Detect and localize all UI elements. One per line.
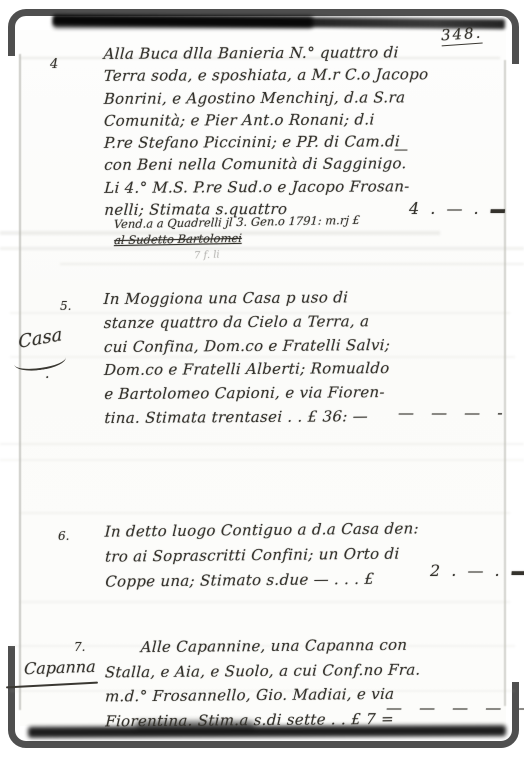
margin-dash-mark: — <box>394 142 408 158</box>
handwritten-line: Alle Capannine, una Capanna con <box>140 633 421 660</box>
entry-7: Alle Capannine, una Capanna con Stalla, … <box>105 633 422 734</box>
entry-4-number: 4 <box>50 57 58 72</box>
value-text: 4 . — . <box>409 199 482 218</box>
handwritten-line: stanze quattro da Cielo a Terra, a <box>103 310 390 336</box>
handwritten-line: Comunità; e Pier Ant.o Ronani; d.i <box>103 108 429 132</box>
value-text: 2 . — . <box>430 561 503 580</box>
entry-4: Alla Buca dlla Banieria N.° quattro di T… <box>104 41 430 221</box>
page-top-edge-shadow-dark <box>53 16 313 28</box>
entry-7-number: 7. <box>74 640 85 654</box>
handwritten-line: Coppe una; Stimato s.due — . . . £ <box>105 566 420 594</box>
handwritten-line: Terra soda, e sposhiata, a M.r C.o Jacop… <box>103 63 429 87</box>
scan-streak <box>20 601 510 603</box>
page-left-edge-line <box>19 54 21 710</box>
handwritten-line: In Moggiona una Casa p uso di <box>103 286 390 312</box>
handwritten-line: con Beni nella Comunità di Sagginigo. <box>104 153 430 177</box>
scan-streak <box>20 512 510 514</box>
entry-7-value-dashes: — — — — — <box>386 698 524 717</box>
entry-6: In detto luogo Contiguo a d.a Casa den: … <box>105 516 420 594</box>
scan-streak <box>60 263 524 265</box>
handwritten-line: Bonrini, e Agostino Menchinj, d.a S.ra <box>103 86 429 110</box>
page-number: 348. <box>440 24 483 47</box>
entry-4-sale-note: Vend.a a Quadrelli jl 3. Gen.o 1791: m.r… <box>114 212 361 248</box>
entry-5-number: 5. <box>60 299 71 313</box>
margin-note-capanna: Capanna <box>24 658 96 677</box>
entry-5-value-dashes: — — — - <box>398 403 509 422</box>
handwritten-line: cui Confina, Dom.co e Fratelli Salvi; <box>103 334 390 360</box>
scan-streak <box>0 459 524 461</box>
handwritten-line: P.re Stefano Piccinini; e PP. di Cam.di <box>104 130 430 154</box>
handwritten-line: Dom.co e Fratelli Alberti; Romualdo <box>104 357 391 383</box>
scan-overlap-left <box>0 56 20 646</box>
value-final-dash: — <box>490 190 509 228</box>
handwritten-line: Fiorentina. Stim.a s.di sette . . £ 7 = <box>105 706 422 733</box>
scan-streak <box>0 247 524 250</box>
margin-note-text: Capanna <box>24 657 96 679</box>
scan-streak <box>0 443 524 445</box>
margin-dot: . <box>45 366 49 382</box>
handwritten-line: e Bartolomeo Capioni, e via Fioren- <box>104 381 391 407</box>
handwritten-line: m.d.° Frosannello, Gio. Madiai, e via <box>105 682 422 709</box>
value-final-dash: — <box>511 552 524 590</box>
page-right-edge-line <box>504 60 506 706</box>
faint-scribble: 7 f. li <box>194 250 220 262</box>
manuscript-scan-view: 348. 4 Alla Buca dlla Banieria N.° quatt… <box>0 0 524 760</box>
handwritten-line: In detto luogo Contiguo a d.a Casa den: <box>104 516 419 544</box>
margin-note-casa: Casa <box>18 328 62 349</box>
margin-note-text: Casa <box>18 324 63 353</box>
entry-5: In Moggiona una Casa p uso di stanze qua… <box>104 286 391 431</box>
handwritten-line: tina. Stimata trentasei . . £ 36: — <box>104 405 391 431</box>
entry-6-value: 2 . — . — <box>430 561 524 580</box>
handwritten-line: Stalla, e Aia, e Suolo, a cui Conf.no Fr… <box>104 657 421 684</box>
entry-4-value: 4 . — . — <box>409 199 509 218</box>
handwritten-line: tro ai Soprascritti Confini; un Orto di <box>104 541 419 569</box>
entry-6-number: 6. <box>58 529 69 543</box>
handwritten-line: Li 4.° M.S. P.re Sud.o e Jacopo Frosan- <box>104 175 430 199</box>
handwritten-line: Alla Buca dlla Banieria N.° quattro di <box>103 41 429 65</box>
